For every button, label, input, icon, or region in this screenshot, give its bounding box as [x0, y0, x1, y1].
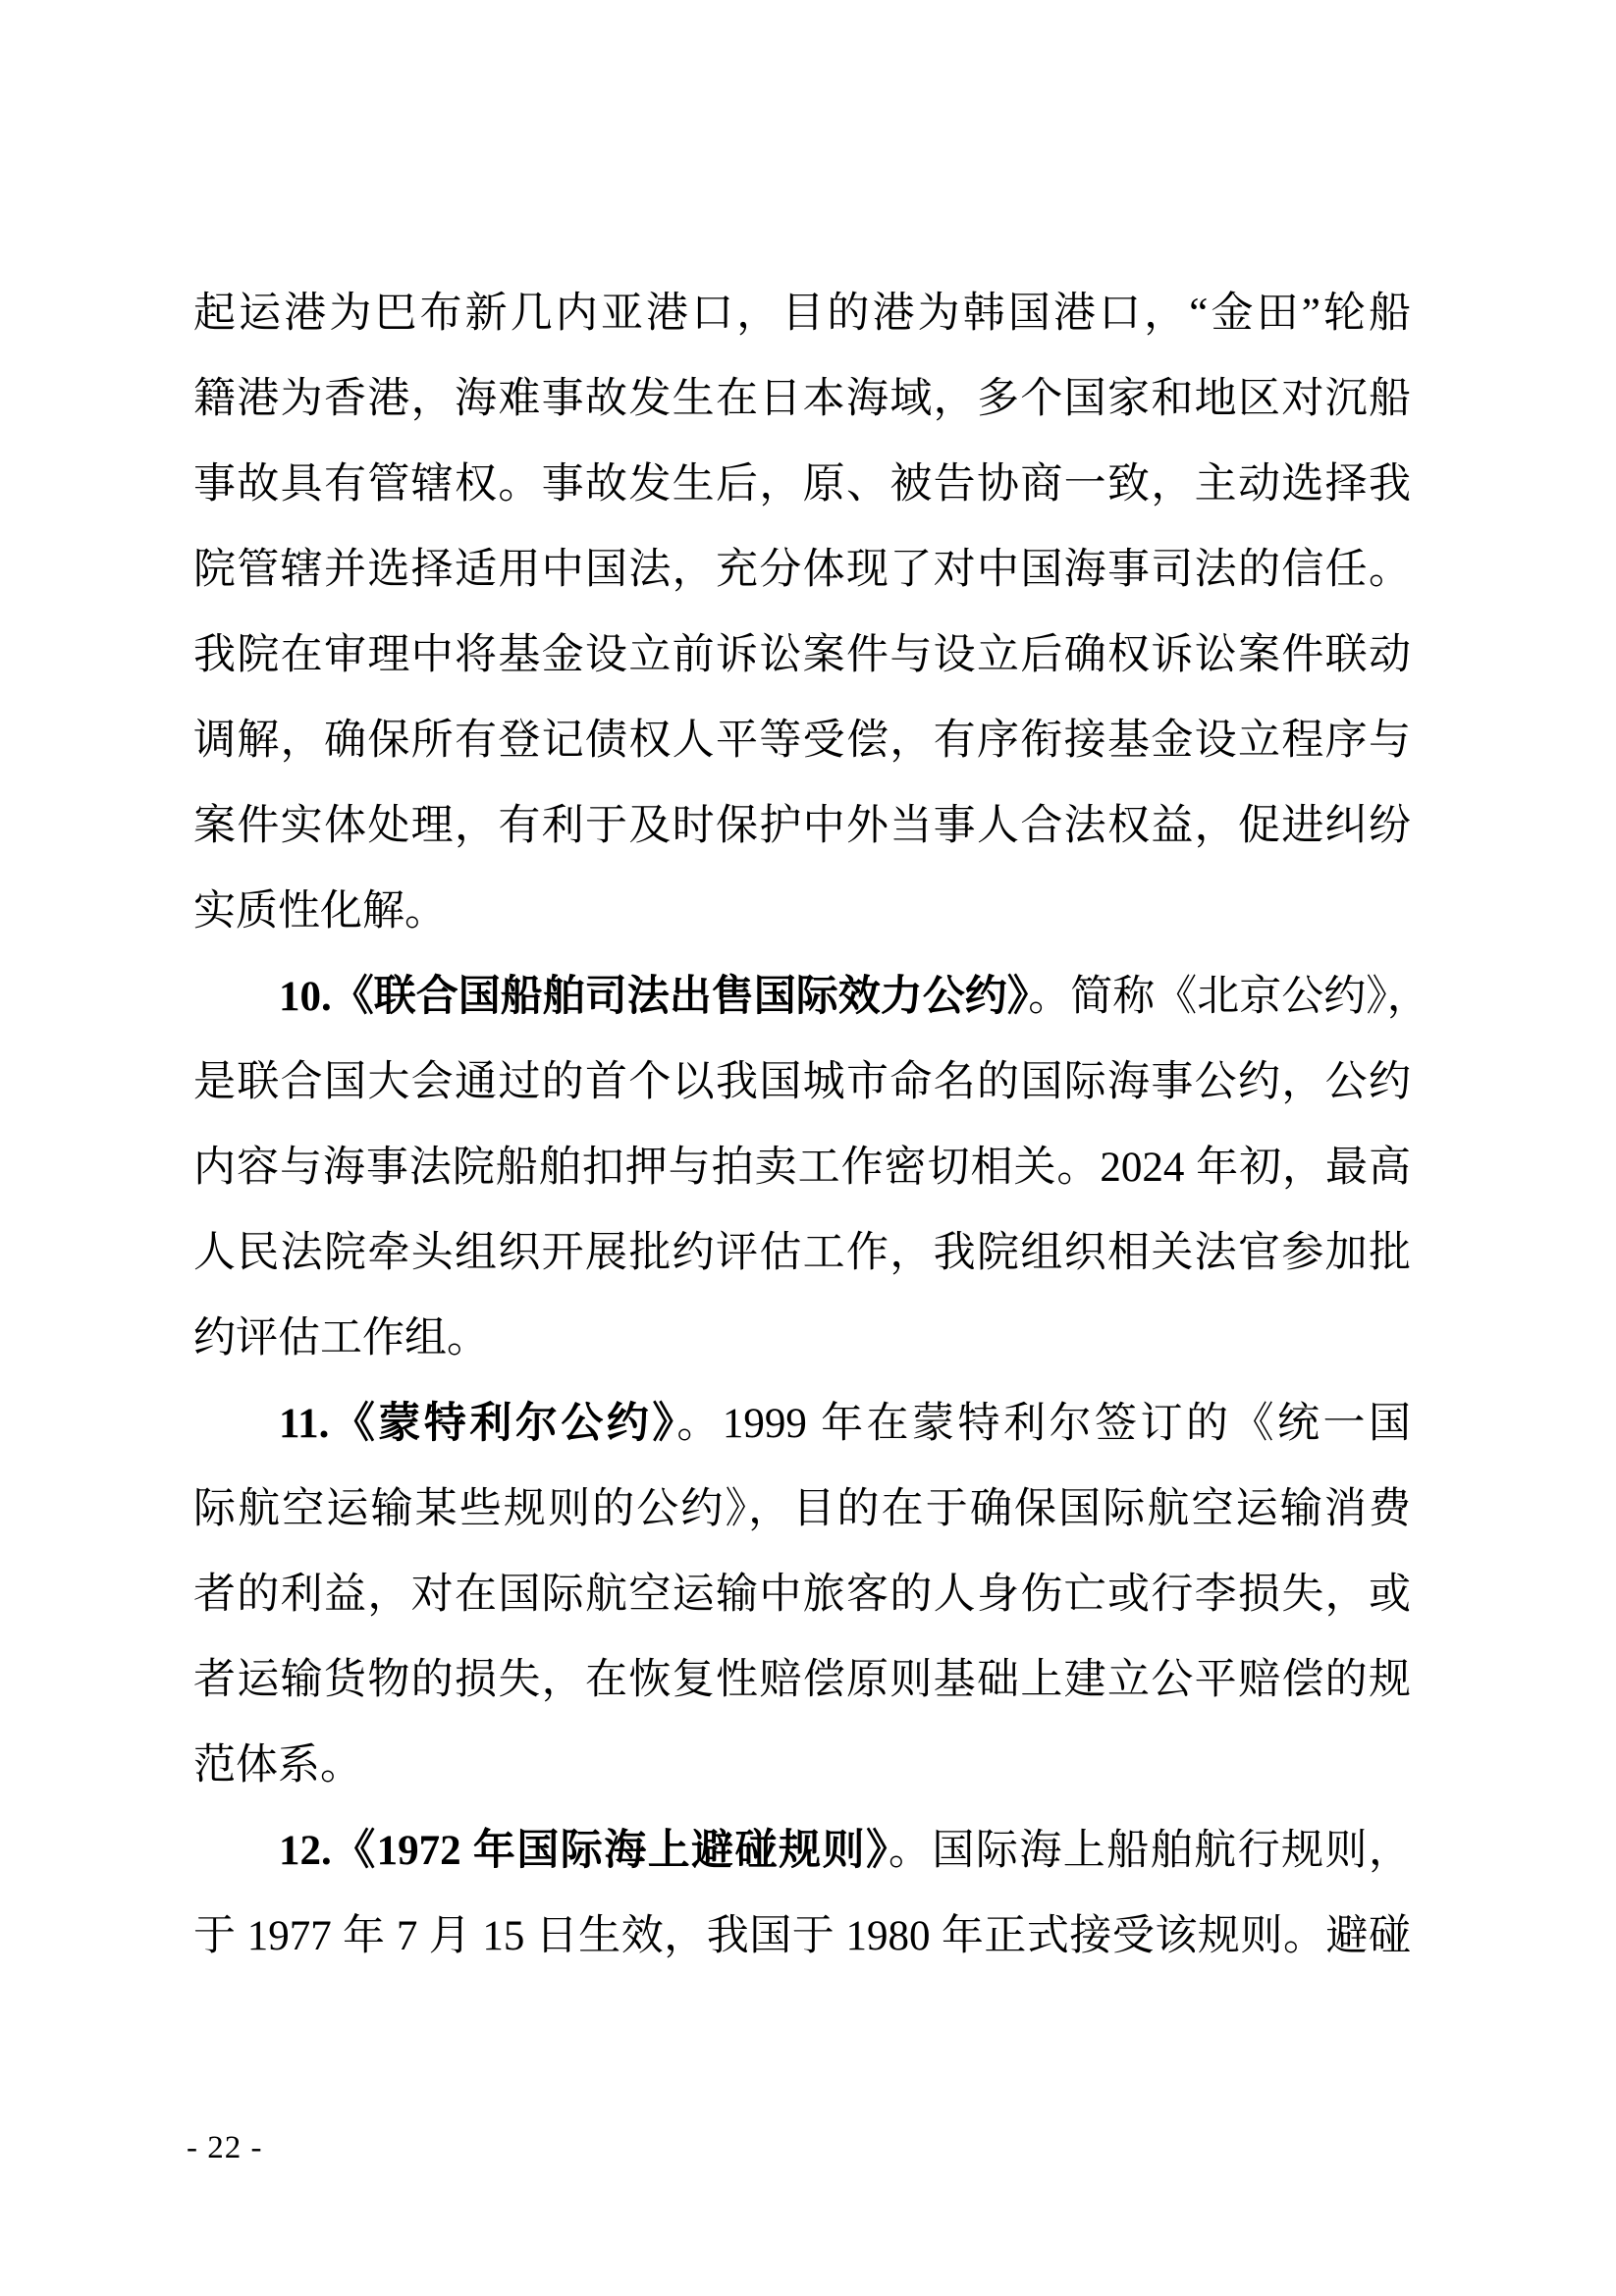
text-line: 我院在审理中将基金设立前诉讼案件与设立后确权诉讼案件联动 — [193, 613, 1411, 698]
convention-title-bold: 12.《1972 年国际海上避碰规则》 — [279, 1828, 889, 1874]
paragraph-end-line: 范体系。 — [193, 1723, 1411, 1808]
text-line: 于 1977 年 7 月 15 日生效，我国于 1980 年正式接受该规则。避碰 — [193, 1894, 1411, 1979]
convention-title-bold: 11.《蒙特利尔公约》 — [279, 1401, 676, 1447]
page-number: - 22 - — [187, 2128, 262, 2167]
convention-title-bold: 10.《联合国船舶司法出售国际效力公约》 — [279, 974, 1028, 1020]
document-page: 起运港为巴布新几内亚港口，目的港为韩国港口，“金田”轮船 籍港为香港，海难事故发… — [0, 0, 1616, 2296]
text-line: 者运输货物的损失，在恢复性赔偿原则基础上建立公平赔偿的规 — [193, 1637, 1411, 1723]
text-line: 是联合国大会通过的首个以我国城市命名的国际海事公约，公约 — [193, 1040, 1411, 1125]
text-line: 人民法院牵头组织开展批约评估工作，我院组织相关法官参加批 — [193, 1210, 1411, 1296]
text-line: 内容与海事法院船舶扣押与拍卖工作密切相关。2024 年初，最高 — [193, 1125, 1411, 1210]
list-item-12-line: 12.《1972 年国际海上避碰规则》。国际海上船舶航行规则， — [193, 1808, 1411, 1894]
text-line: 院管辖并选择适用中国法，充分体现了对中国海事司法的信任。 — [193, 527, 1411, 613]
text-line: 起运港为巴布新几内亚港口，目的港为韩国港口，“金田”轮船 — [193, 271, 1411, 356]
text-line: 案件实体处理，有利于及时保护中外当事人合法权益，促进纠纷 — [193, 783, 1411, 869]
text-line: 事故具有管辖权。事故发生后，原、被告协商一致，主动选择我 — [193, 442, 1411, 527]
paragraph-end-line: 约评估工作组。 — [193, 1296, 1411, 1381]
list-item-10-line: 10.《联合国船舶司法出售国际效力公约》。简称《北京公约》， — [193, 954, 1411, 1040]
text-line: 籍港为香港，海难事故发生在日本海域，多个国家和地区对沉船 — [193, 356, 1411, 442]
text-line: 调解，确保所有登记债权人平等受偿，有序衔接基金设立程序与 — [193, 698, 1411, 783]
text-segment: 。1999 年在蒙特利尔签订的《统一国 — [676, 1401, 1411, 1447]
text-segment: 。简称《北京公约》， — [1028, 974, 1429, 1020]
document-body: 起运港为巴布新几内亚港口，目的港为韩国港口，“金田”轮船 籍港为香港，海难事故发… — [193, 271, 1411, 1979]
list-item-11-line: 11.《蒙特利尔公约》。1999 年在蒙特利尔签订的《统一国 — [193, 1381, 1411, 1467]
paragraph-end-line: 实质性化解。 — [193, 869, 1411, 954]
text-line: 者的利益，对在国际航空运输中旅客的人身伤亡或行李损失，或 — [193, 1552, 1411, 1637]
text-segment: 。国际海上船舶航行规则， — [889, 1828, 1411, 1874]
text-line: 际航空运输某些规则的公约》，目的在于确保国际航空运输消费 — [193, 1467, 1411, 1552]
